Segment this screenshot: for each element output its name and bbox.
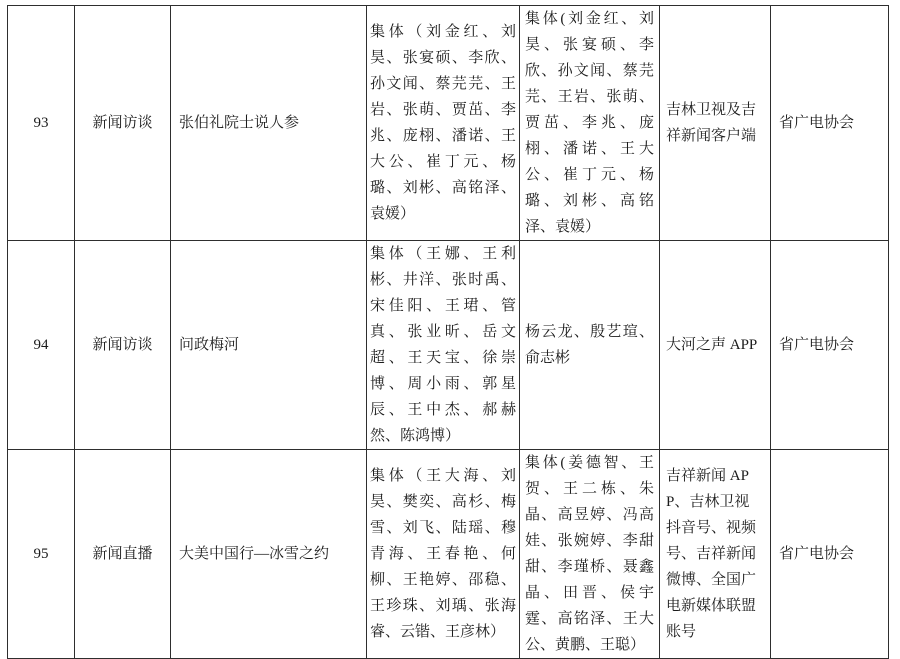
table-row: 93 新闻访谈 张伯礼院士说人参 集体（刘金红、刘昊、张宴硕、李欣、孙文闻、蔡芫… — [8, 6, 889, 241]
cell-program-type: 新闻直播 — [75, 450, 171, 659]
table-row: 94 新闻访谈 问政梅河 集体（王娜、王利彬、井洋、张时禹、宋佳阳、王珺、管真、… — [8, 241, 889, 450]
cell-recommender: 省广电协会 — [771, 6, 889, 241]
document-page: 93 新闻访谈 张伯礼院士说人参 集体（刘金红、刘昊、张宴硕、李欣、孙文闻、蔡芫… — [7, 5, 889, 659]
cell-other-creators: 集体(姜德智、王贺、王二栋、朱晶、高昱婷、冯高娃、张婉婷、李甜甜、李瑾桥、聂鑫晶… — [520, 450, 660, 659]
cell-main-creators: 集体（刘金红、刘昊、张宴硕、李欣、孙文闻、蔡芫芫、王岩、张萌、贾茁、李兆、庞栩、… — [367, 6, 520, 241]
cell-other-creators: 集体(刘金红、刘昊、张宴硕、李欣、孙文闻、蔡芫芫、王岩、张萌、贾茁、李兆、庞栩、… — [520, 6, 660, 241]
cell-recommender: 省广电协会 — [771, 450, 889, 659]
cell-program-title: 张伯礼院士说人参 — [171, 6, 367, 241]
cell-program-type: 新闻访谈 — [75, 241, 171, 450]
cell-main-creators: 集体（王娜、王利彬、井洋、张时禹、宋佳阳、王珺、管真、张业昕、岳文超、王天宝、徐… — [367, 241, 520, 450]
cell-serial-number: 95 — [8, 450, 75, 659]
cell-platform: 吉祥新闻 APP、吉林卫视抖音号、视频号、吉祥新闻微博、全国广电新媒体联盟账号 — [660, 450, 771, 659]
cell-platform: 吉林卫视及吉祥新闻客户端 — [660, 6, 771, 241]
cell-serial-number: 93 — [8, 6, 75, 241]
cell-main-creators: 集体（王大海、刘昊、樊奕、高杉、梅雪、刘飞、陆瑶、穆青海、王春艳、何柳、王艳婷、… — [367, 450, 520, 659]
table-row: 95 新闻直播 大美中国行—冰雪之约 集体（王大海、刘昊、樊奕、高杉、梅雪、刘飞… — [8, 450, 889, 659]
cell-other-creators: 杨云龙、殷艺瑄、俞志彬 — [520, 241, 660, 450]
cell-platform: 大河之声 APP — [660, 241, 771, 450]
cell-program-title: 大美中国行—冰雪之约 — [171, 450, 367, 659]
cell-serial-number: 94 — [8, 241, 75, 450]
cell-recommender: 省广电协会 — [771, 241, 889, 450]
awards-table: 93 新闻访谈 张伯礼院士说人参 集体（刘金红、刘昊、张宴硕、李欣、孙文闻、蔡芫… — [7, 5, 889, 659]
cell-program-title: 问政梅河 — [171, 241, 367, 450]
cell-program-type: 新闻访谈 — [75, 6, 171, 241]
